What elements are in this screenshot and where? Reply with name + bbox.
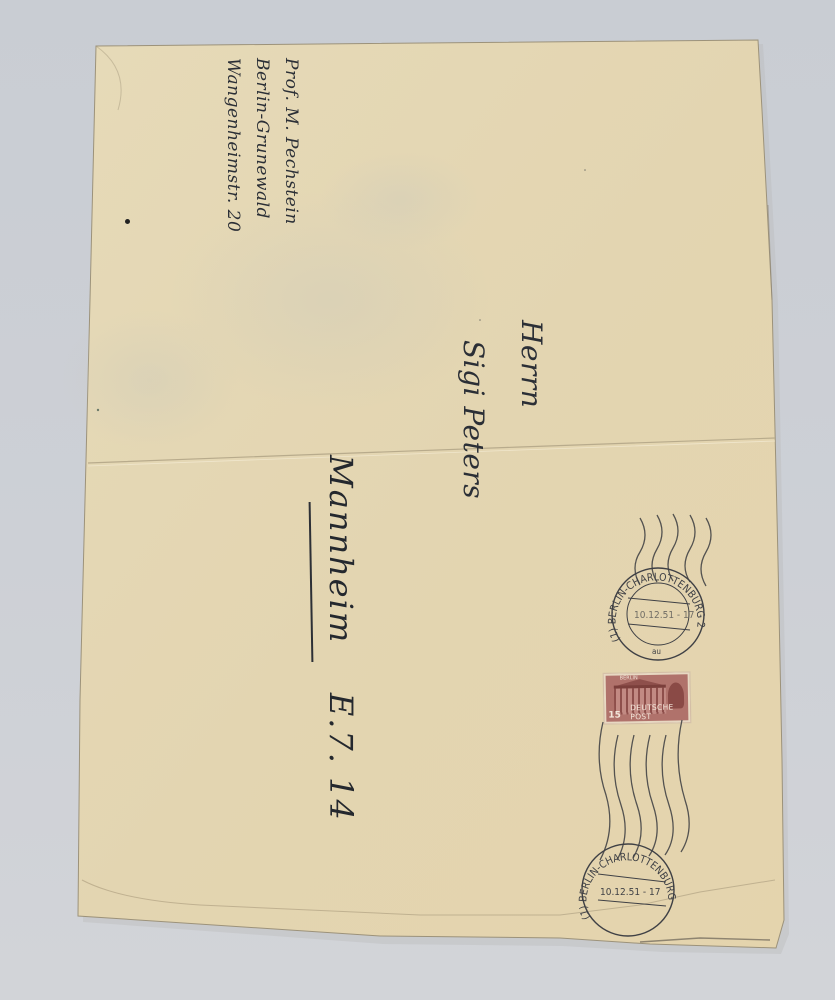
ink-dot xyxy=(125,219,130,224)
envelope xyxy=(0,0,835,1000)
stamp-country-label: DEUTSCHE POST xyxy=(630,702,688,721)
recipient-street-code: E.7. 14 xyxy=(322,693,360,822)
recipient-salutation: Herrn xyxy=(502,320,560,499)
postage-stamp: BERLIN 15 DEUTSCHE POST xyxy=(604,672,691,723)
recipient-city: Mannheim xyxy=(322,455,360,644)
sender-line-district: Berlin-Grunewald xyxy=(247,58,276,232)
recipient-city-line: Mannheim E.7. 14 xyxy=(322,455,360,822)
sender-line-street: Wangenheimstr. 20 xyxy=(218,58,247,232)
envelope-paper xyxy=(0,0,835,1000)
sender-line-name: Prof. M. Pechstein xyxy=(276,58,305,232)
sender-address: Prof. M. Pechstein Berlin-Grunewald Wang… xyxy=(218,58,305,232)
photo-stage: Prof. M. Pechstein Berlin-Grunewald Wang… xyxy=(0,0,835,1000)
stamp-value: 15 xyxy=(608,710,621,720)
recipient-name: Sigi Peters xyxy=(444,320,502,499)
recipient-address: Herrn Sigi Peters xyxy=(444,320,560,499)
